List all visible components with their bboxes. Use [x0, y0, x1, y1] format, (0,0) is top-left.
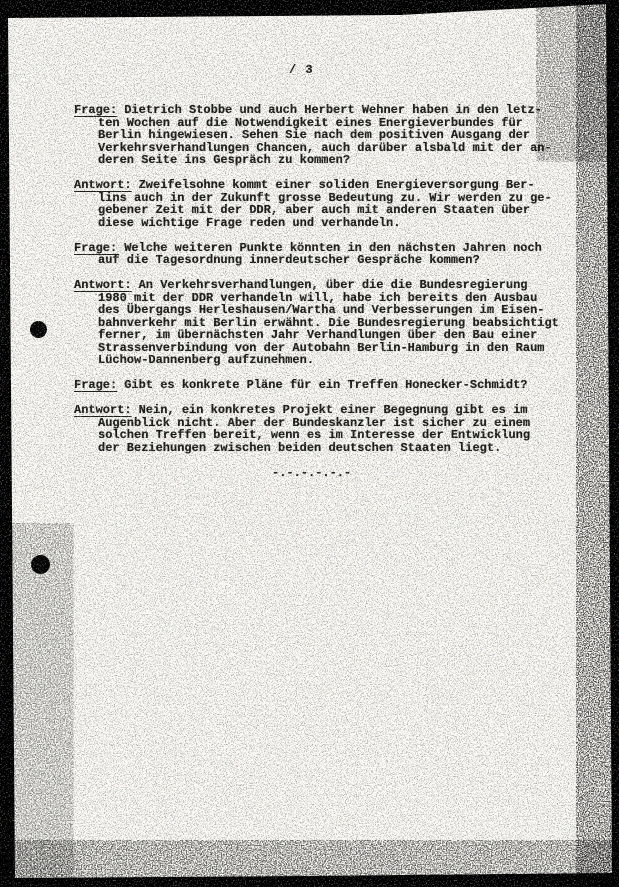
question-label: Frage: [74, 378, 117, 392]
qa-line: gebener Zeit mit der DDR, aber auch mit … [74, 204, 584, 217]
typewritten-content: / 3 Frage:Dietrich Stobbe und auch Herbe… [0, 0, 619, 887]
qa-block-question-2: Frage:Welche weiteren Punkte könnten in … [74, 242, 584, 267]
scanned-document-page: / 3 Frage:Dietrich Stobbe und auch Herbe… [0, 0, 619, 887]
answer-label: Antwort: [74, 278, 132, 292]
answer-label: Antwort: [74, 403, 132, 417]
qa-block-answer-2: Antwort:An Verkehrsverhandlungen, über d… [74, 279, 584, 367]
qa-line: Antwort:Nein, ein konkretes Projekt eine… [74, 404, 584, 417]
qa-line: auf die Tagesordnung innerdeutscher Gesp… [74, 254, 584, 267]
qa-line: diese wichtige Frage reden und verhandel… [74, 217, 584, 230]
qa-block-answer-1: Antwort:Zweifelsohne kommt einer soliden… [74, 179, 584, 229]
qa-line: Frage:Gibt es konkrete Pläne für ein Tre… [74, 379, 584, 392]
qa-text: Nein, ein konkretes Projekt einer Begegn… [139, 403, 528, 417]
question-label: Frage: [74, 103, 117, 117]
qa-line: Lüchow-Dannenberg aufzunehmen. [74, 354, 584, 367]
page-number: / 3 [289, 64, 314, 77]
qa-line: ferner, im übernächsten Jahr Verhandlung… [74, 329, 584, 342]
qa-text: An Verkehrsverhandlungen, über die die B… [139, 278, 528, 292]
end-divider: -.-.-.-.-.- [74, 467, 584, 480]
qa-line: Frage:Dietrich Stobbe und auch Herbert W… [74, 104, 584, 117]
qa-text: Gibt es konkrete Pläne für ein Treffen H… [124, 378, 527, 392]
qa-line: Antwort:An Verkehrsverhandlungen, über d… [74, 279, 584, 292]
qa-line: deren Seite ins Gespräch zu kommen? [74, 154, 584, 167]
qa-text: Zweifelsohne kommt einer soliden Energie… [139, 178, 535, 192]
qa-block-question-3: Frage:Gibt es konkrete Pläne für ein Tre… [74, 379, 584, 392]
qa-block-question-1: Frage:Dietrich Stobbe und auch Herbert W… [74, 104, 584, 167]
qa-line: Antwort:Zweifelsohne kommt einer soliden… [74, 179, 584, 192]
qa-line: des Übergangs Herleshausen/Wartha und Ve… [74, 304, 584, 317]
qa-text: Dietrich Stobbe und auch Herbert Wehner … [124, 103, 542, 117]
qa-line: der Beziehungen zwischen beiden deutsche… [74, 442, 584, 455]
qa-block-answer-3: Antwort:Nein, ein konkretes Projekt eine… [74, 404, 584, 454]
document-body: Frage:Dietrich Stobbe und auch Herbert W… [74, 104, 584, 479]
qa-line: Berlin hingewiesen. Sehen Sie nach dem p… [74, 129, 584, 142]
qa-line: solchen Treffen bereit, wenn es im Inter… [74, 429, 584, 442]
answer-label: Antwort: [74, 178, 132, 192]
